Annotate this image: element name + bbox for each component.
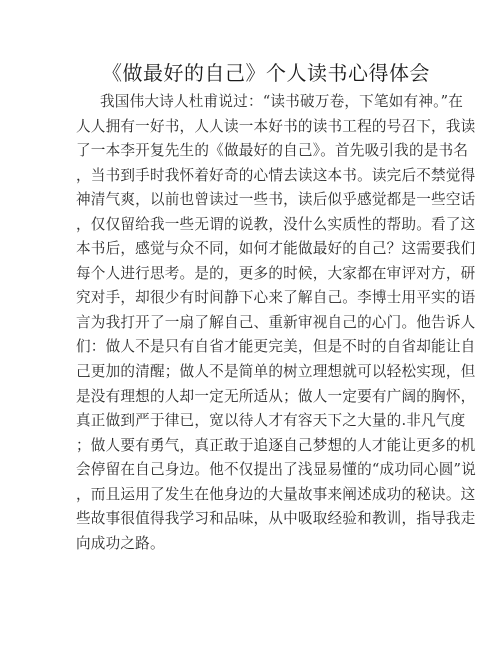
paragraph-line: 言为我打开了一扇了解自己、重新审视自己的心门。他告诉人 — [76, 311, 428, 336]
paragraph-line: 些故事很值得我学习和品味，从中吸取经验和教训，指导我走 — [76, 507, 428, 532]
document-page: 《做最好的自己》个人读书心得体会 我国伟大诗人杜甫说过：“读书破万卷，下笔如有神… — [0, 0, 500, 647]
paragraph-line: 每个人进行思考。是的，更多的时候，大家都在审评对方，研 — [76, 262, 428, 287]
paragraph-line: ，仅仅留给我一些无谓的说教，没什么实质性的帮助。看了这 — [76, 213, 428, 238]
paragraph-line: ，而且运用了发生在他身边的大量故事来阐述成功的秘诀。这 — [76, 483, 428, 508]
paragraph-line: 我国伟大诗人杜甫说过：“读书破万卷，下笔如有神。”在 — [76, 90, 428, 115]
paragraph-line: 人人拥有一好书，人人读一本好书的读书工程的号召下，我读 — [76, 115, 428, 140]
document-body: 我国伟大诗人杜甫说过：“读书破万卷，下笔如有神。”在 人人拥有一好书，人人读一本… — [76, 90, 428, 556]
paragraph-line: 了一本李开复先生的《做最好的自己》。首先吸引我的是书名 — [76, 139, 428, 164]
paragraph-line: 们：做人不是只有自省才能更完美，但是不时的自省却能让自 — [76, 335, 428, 360]
document-title: 《做最好的自己》个人读书心得体会 — [0, 60, 500, 86]
paragraph-line: ，当书到手时我怀着好奇的心情去读这本书。读完后不禁觉得 — [76, 164, 428, 189]
paragraph-line: 真正做到严于律已，宽以待人才有容天下之大量的.非凡气度 — [76, 409, 428, 434]
paragraph-line: 是没有理想的人却一定无所适从；做人一定要有广阔的胸怀， — [76, 385, 428, 410]
paragraph-line: 己更加的清醒；做人不是简单的树立理想就可以轻松实现，但 — [76, 360, 428, 385]
paragraph-line: 本书后，感觉与众不同，如何才能做最好的自己？这需要我们 — [76, 237, 428, 262]
paragraph-line: 会停留在自己身边。他不仅提出了浅显易懂的“成功同心圆”说 — [76, 458, 428, 483]
paragraph-line: 究对手，却很少有时间静下心来了解自己。李博士用平实的语 — [76, 286, 428, 311]
paragraph-line: 神清气爽，以前也曾读过一些书，读后似乎感觉都是一些空话 — [76, 188, 428, 213]
paragraph-line: 向成功之路。 — [76, 532, 428, 557]
paragraph-line: ；做人要有勇气，真正敢于追逐自己梦想的人才能让更多的机 — [76, 434, 428, 459]
